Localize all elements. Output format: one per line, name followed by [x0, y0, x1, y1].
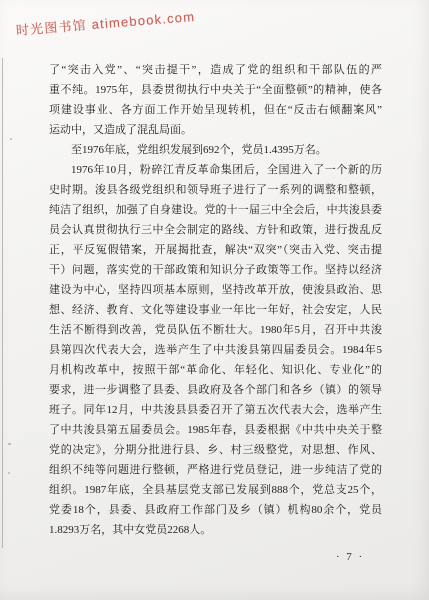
- scan-edge-line: [2, 58, 3, 548]
- text-line: 组织。1987年底，全县基层党支部已发展到888个，党总支25个，: [49, 480, 382, 500]
- watermark-text: 时光图书馆 atimebook.com: [15, 6, 195, 39]
- text-line: 生活不断得到改善，党员队伍不断壮大。1980年5月，召开中共浚: [49, 320, 382, 340]
- text-line: 月机构改革中，按照干部“革命化、年轻化、知识化、专业化”的: [49, 360, 382, 380]
- scan-speck: [10, 138, 12, 140]
- scan-speck: [8, 472, 10, 474]
- text-line: 至1976年底，党组织发展到692个，党员1.4395万名。: [49, 140, 382, 160]
- text-line: 要求，进一步调整了县委、县政府及各个部门和各乡（镇）的领导: [49, 380, 382, 400]
- text-line: 员会认真贯彻执行三中全会制定的路线、方针和政策，进行拨乱反: [49, 220, 382, 240]
- text-line: 干）问题，落实党的干部政策和知识分子政策等工作。坚持以经济: [49, 260, 382, 280]
- text-line: 县第四次代表大会，选举产生了中共浚县第四届委员会。1984年5: [49, 340, 382, 360]
- text-line: 正，平反冤假错案，开展揭批查，解决“双突”（突击入党、突击提: [49, 240, 382, 260]
- text-line: 1976年10月，粉碎江青反革命集团后，全国进入了一个新的历: [49, 160, 382, 180]
- text-line: 项建设事业、各方面工作开始呈现转机，但在“反击右倾翻案风”: [49, 100, 382, 120]
- text-line: 组织不纯等问题进行整顿，严格进行党员登记，进一步纯洁了党的: [49, 460, 382, 480]
- text-line: 班子。同年12月，中共浚县县委召开了第五次代表大会，选举产生: [49, 400, 382, 420]
- text-line: 党的决定》，分期分批进行县、乡、村三级整党，对思想、作风、: [49, 440, 382, 460]
- text-line: 运动中，又造成了混乱局面。: [49, 120, 382, 140]
- text-line: 党委18个，县委、县政府工作部门及乡（镇）机构80余个，党员: [49, 500, 382, 520]
- text-line: 想、经济、教育、文化等建设事业一年比一年好，社会安定，人民: [49, 300, 382, 320]
- page-number: · 7 ·: [328, 549, 372, 565]
- scan-speck: [8, 443, 11, 445]
- text-line: 1.8293万名，其中女党员2268人。: [49, 520, 382, 540]
- scanned-page: 时光图书馆 atimebook.com 了“突击入党”、“突击提干”，造成了党的…: [0, 0, 429, 600]
- text-line: 史时期。浚县各级党组织和领导班子进行了一系列的调整和整顿，: [49, 180, 382, 200]
- text-line: 了中共浚县第五届委员会。1985年春，县委根据《中共中央关于整: [49, 420, 382, 440]
- body-text: 了“突击入党”、“突击提干”，造成了党的组织和干部队伍的严重不纯。1975年，县…: [49, 60, 382, 540]
- text-line: 纯洁了组织，加强了自身建设。党的十一届三中全会后，中共浚县委: [49, 200, 382, 220]
- text-line: 重不纯。1975年，县委贯彻执行中央关于“全面整顿”的精神，使各: [49, 80, 382, 100]
- text-line: 建设为中心，坚持四项基本原则，坚持改革开放，使浚县政治、思: [49, 280, 382, 300]
- text-line: 了“突击入党”、“突击提干”，造成了党的组织和干部队伍的严: [49, 60, 382, 80]
